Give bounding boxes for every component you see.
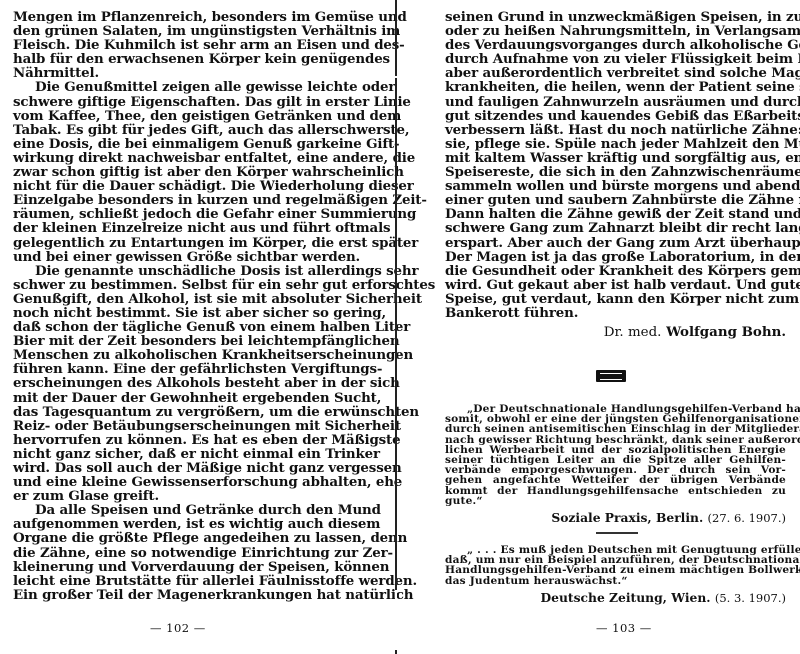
right-page: seinen Grund in unzweckmäßigen Speisen, … (400, 0, 800, 654)
text-line: gelegentlich zu Entartungen im Körper, d… (13, 236, 351, 250)
text-line: leicht eine Brutstätte für allerlei Fäul… (13, 574, 351, 588)
text-line: wird. Gut gekaut aber ist halb verdaut. … (445, 278, 786, 292)
source-name: Deutsche Zeitung, Wien. (540, 590, 710, 605)
text-line: er zum Glase greift. (13, 489, 351, 503)
press-quote-soziale-praxis: „Der Deutschnationale Handlungsgehilfen-… (445, 404, 786, 524)
text-line: eine Dosis, die bei einmaligem Genuß gar… (13, 137, 351, 151)
text-line: noch nicht bestimmt. Sie ist aber sicher… (13, 306, 351, 320)
text-line: räumen, schließt jedoch die Gefahr einer… (13, 207, 351, 221)
press-quote-deutsche-zeitung: „ . . . Es muß jeden Deutschen mit Genug… (445, 545, 786, 604)
text-line: einer guten und saubern Zahnbürste die Z… (445, 193, 786, 207)
text-line: Die Genußmittel zeigen alle gewisse leic… (13, 80, 351, 94)
text-line: den grünen Salaten, im ungünstigsten Ver… (13, 24, 351, 38)
printer-ornament-icon (596, 370, 626, 382)
gutter-break (395, 590, 397, 650)
source-date: (5. 3. 1907.) (715, 591, 786, 605)
text-line: wirkung direkt nachweisbar entfaltet, ei… (13, 151, 351, 165)
text-line: Fleisch. Die Kuhmilch ist sehr arm an Ei… (13, 38, 351, 52)
signature-name: Wolfgang Bohn. (666, 324, 786, 340)
quote-source: Deutsche Zeitung, Wien. (5. 3. 1907.) (445, 590, 786, 604)
text-line: die Gesundheit oder Krankheit des Körper… (445, 264, 786, 278)
text-line: erspart. Aber auch der Gang zum Arzt übe… (445, 236, 786, 250)
page-number-102: — 102 — (150, 621, 206, 635)
article-signature: Dr. med. Wolfgang Bohn. (445, 324, 786, 340)
text-line: der kleinen Einzelreize nicht aus und fü… (13, 221, 351, 235)
text-line: und eine kleine Gewissenserforschung abh… (13, 475, 351, 489)
text-line: Dann halten die Zähne gewiß der Zeit sta… (445, 207, 786, 221)
left-page-body: Mengen im Pflanzenreich, besonders im Ge… (13, 10, 351, 602)
text-line: halb für den erwachsenen Körper kein gen… (13, 52, 351, 66)
text-line: hervorrufen zu können. Es hat es eben de… (13, 433, 351, 447)
text-line: schwere Gang zum Zahnarzt bleibt dir rec… (445, 221, 786, 235)
text-line: führen kann. Eine der gefährlichsten Ver… (13, 362, 351, 376)
text-line: Reiz- oder Betäubungserscheinungen mit S… (13, 419, 351, 433)
text-line: Einzelgabe besonders in kurzen und regel… (13, 193, 351, 207)
text-line: seinen Grund in unzweckmäßigen Speisen, … (445, 10, 786, 24)
text-line: mit kaltem Wasser kräftig und sorgfältig… (445, 151, 786, 165)
book-gutter (395, 0, 397, 654)
text-line: oder zu heißen Nahrungsmitteln, in Verla… (445, 24, 786, 38)
text-line: Speisereste, die sich in den Zahnzwische… (445, 165, 786, 179)
text-line: Nährmittel. (13, 66, 351, 80)
text-line: des Verdauungsvorganges durch alkoholisc… (445, 38, 786, 52)
text-line: Der Magen ist ja das große Laboratorium,… (445, 250, 786, 264)
source-name: Soziale Praxis, Berlin. (551, 510, 703, 525)
text-line: sammeln wollen und bürste morgens und ab… (445, 179, 786, 193)
text-line: zwar schon giftig ist aber den Körper wa… (13, 165, 351, 179)
text-line: Organe die größte Pflege angedeihen zu l… (13, 531, 351, 545)
text-line: die Zähne, eine so notwendige Einrichtun… (13, 546, 351, 560)
text-line: aber außerordentlich verbreitet sind sol… (445, 66, 786, 80)
quote-source: Soziale Praxis, Berlin. (27. 6. 1907.) (445, 510, 786, 524)
text-line: und bei einer gewissen Größe sichtbar we… (13, 250, 351, 264)
article-text: seinen Grund in unzweckmäßigen Speisen, … (445, 10, 786, 320)
text-line: daß schon der tägliche Genuß von einem h… (13, 320, 351, 334)
text-line: schwer zu bestimmen. Selbst für ein sehr… (13, 278, 351, 292)
signature-title: Dr. med. (604, 325, 662, 340)
text-line: Genußgift, den Alkohol, ist sie mit abso… (13, 292, 351, 306)
text-line: Bankerott führen. (445, 306, 786, 320)
right-page-body: seinen Grund in unzweckmäßigen Speisen, … (445, 10, 786, 340)
text-line: aufgenommen werden, ist es wichtig auch … (13, 517, 351, 531)
text-line: Bier mit der Zeit besonders bei leichtem… (13, 334, 351, 348)
text-line: das Tagesquantum zu vergrößern, um die e… (13, 405, 351, 419)
text-line: Da alle Speisen und Getränke durch den M… (13, 503, 351, 517)
text-line: schwere giftige Eigenschaften. Das gilt … (13, 95, 351, 109)
quote-text: „Der Deutschnationale Handlungsgehilfen-… (445, 404, 786, 506)
text-line: kleinerung und Vorverdauung der Speisen,… (13, 560, 351, 574)
text-line: Speise, gut verdaut, kann den Körper nic… (445, 292, 786, 306)
text-line: das Judentum herauswächst.“ (445, 576, 786, 586)
quote-text: „ . . . Es muß jeden Deutschen mit Genug… (445, 545, 786, 586)
text-line: Tabak. Es gibt für jedes Gift, auch das … (13, 123, 351, 137)
text-line: krankheiten, die heilen, wenn der Patien… (445, 80, 786, 94)
text-line: erscheinungen des Alkohols besteht aber … (13, 376, 351, 390)
text-line: Menschen zu alkoholischen Krankheitsersc… (13, 348, 351, 362)
text-line: gute.“ (445, 496, 786, 506)
text-line: durch Aufnahme von zu vieler Flüssigkeit… (445, 52, 786, 66)
text-line: nicht für die Dauer schädigt. Die Wieder… (13, 179, 351, 193)
left-page: Mengen im Pflanzenreich, besonders im Ge… (0, 0, 396, 654)
text-line: kommt der Handlungsgehilfensache entschi… (445, 486, 786, 496)
text-line: mit der Dauer der Gewohnheit ergebenden … (13, 391, 351, 405)
text-line: Mengen im Pflanzenreich, besonders im Ge… (13, 10, 351, 24)
source-date: (27. 6. 1907.) (708, 511, 786, 525)
text-line: Die genannte unschädliche Dosis ist alle… (13, 264, 351, 278)
text-line: nicht ganz sicher, daß er nicht einmal e… (13, 447, 351, 461)
text-line: vom Kaffee, Thee, den geistigen Getränke… (13, 109, 351, 123)
text-line: sie, pflege sie. Spüle nach jeder Mahlze… (445, 137, 786, 151)
text-line: wird. Das soll auch der Mäßige nicht gan… (13, 461, 351, 475)
text-line: und fauligen Zahnwurzeln ausräumen und d… (445, 95, 786, 109)
text-line: Ein großer Teil der Magenerkrankungen ha… (13, 588, 351, 602)
text-line: gut sitzendes und kauendes Gebiß das Eßa… (445, 109, 786, 123)
text-line: verbessern läßt. Hast du noch natürliche… (445, 123, 786, 137)
page-number-103: — 103 — (596, 621, 652, 635)
text-line: gehen angefachte Wetteifer der übrigen V… (445, 475, 786, 485)
quote-divider (596, 532, 638, 534)
gutter-break (395, 76, 397, 78)
